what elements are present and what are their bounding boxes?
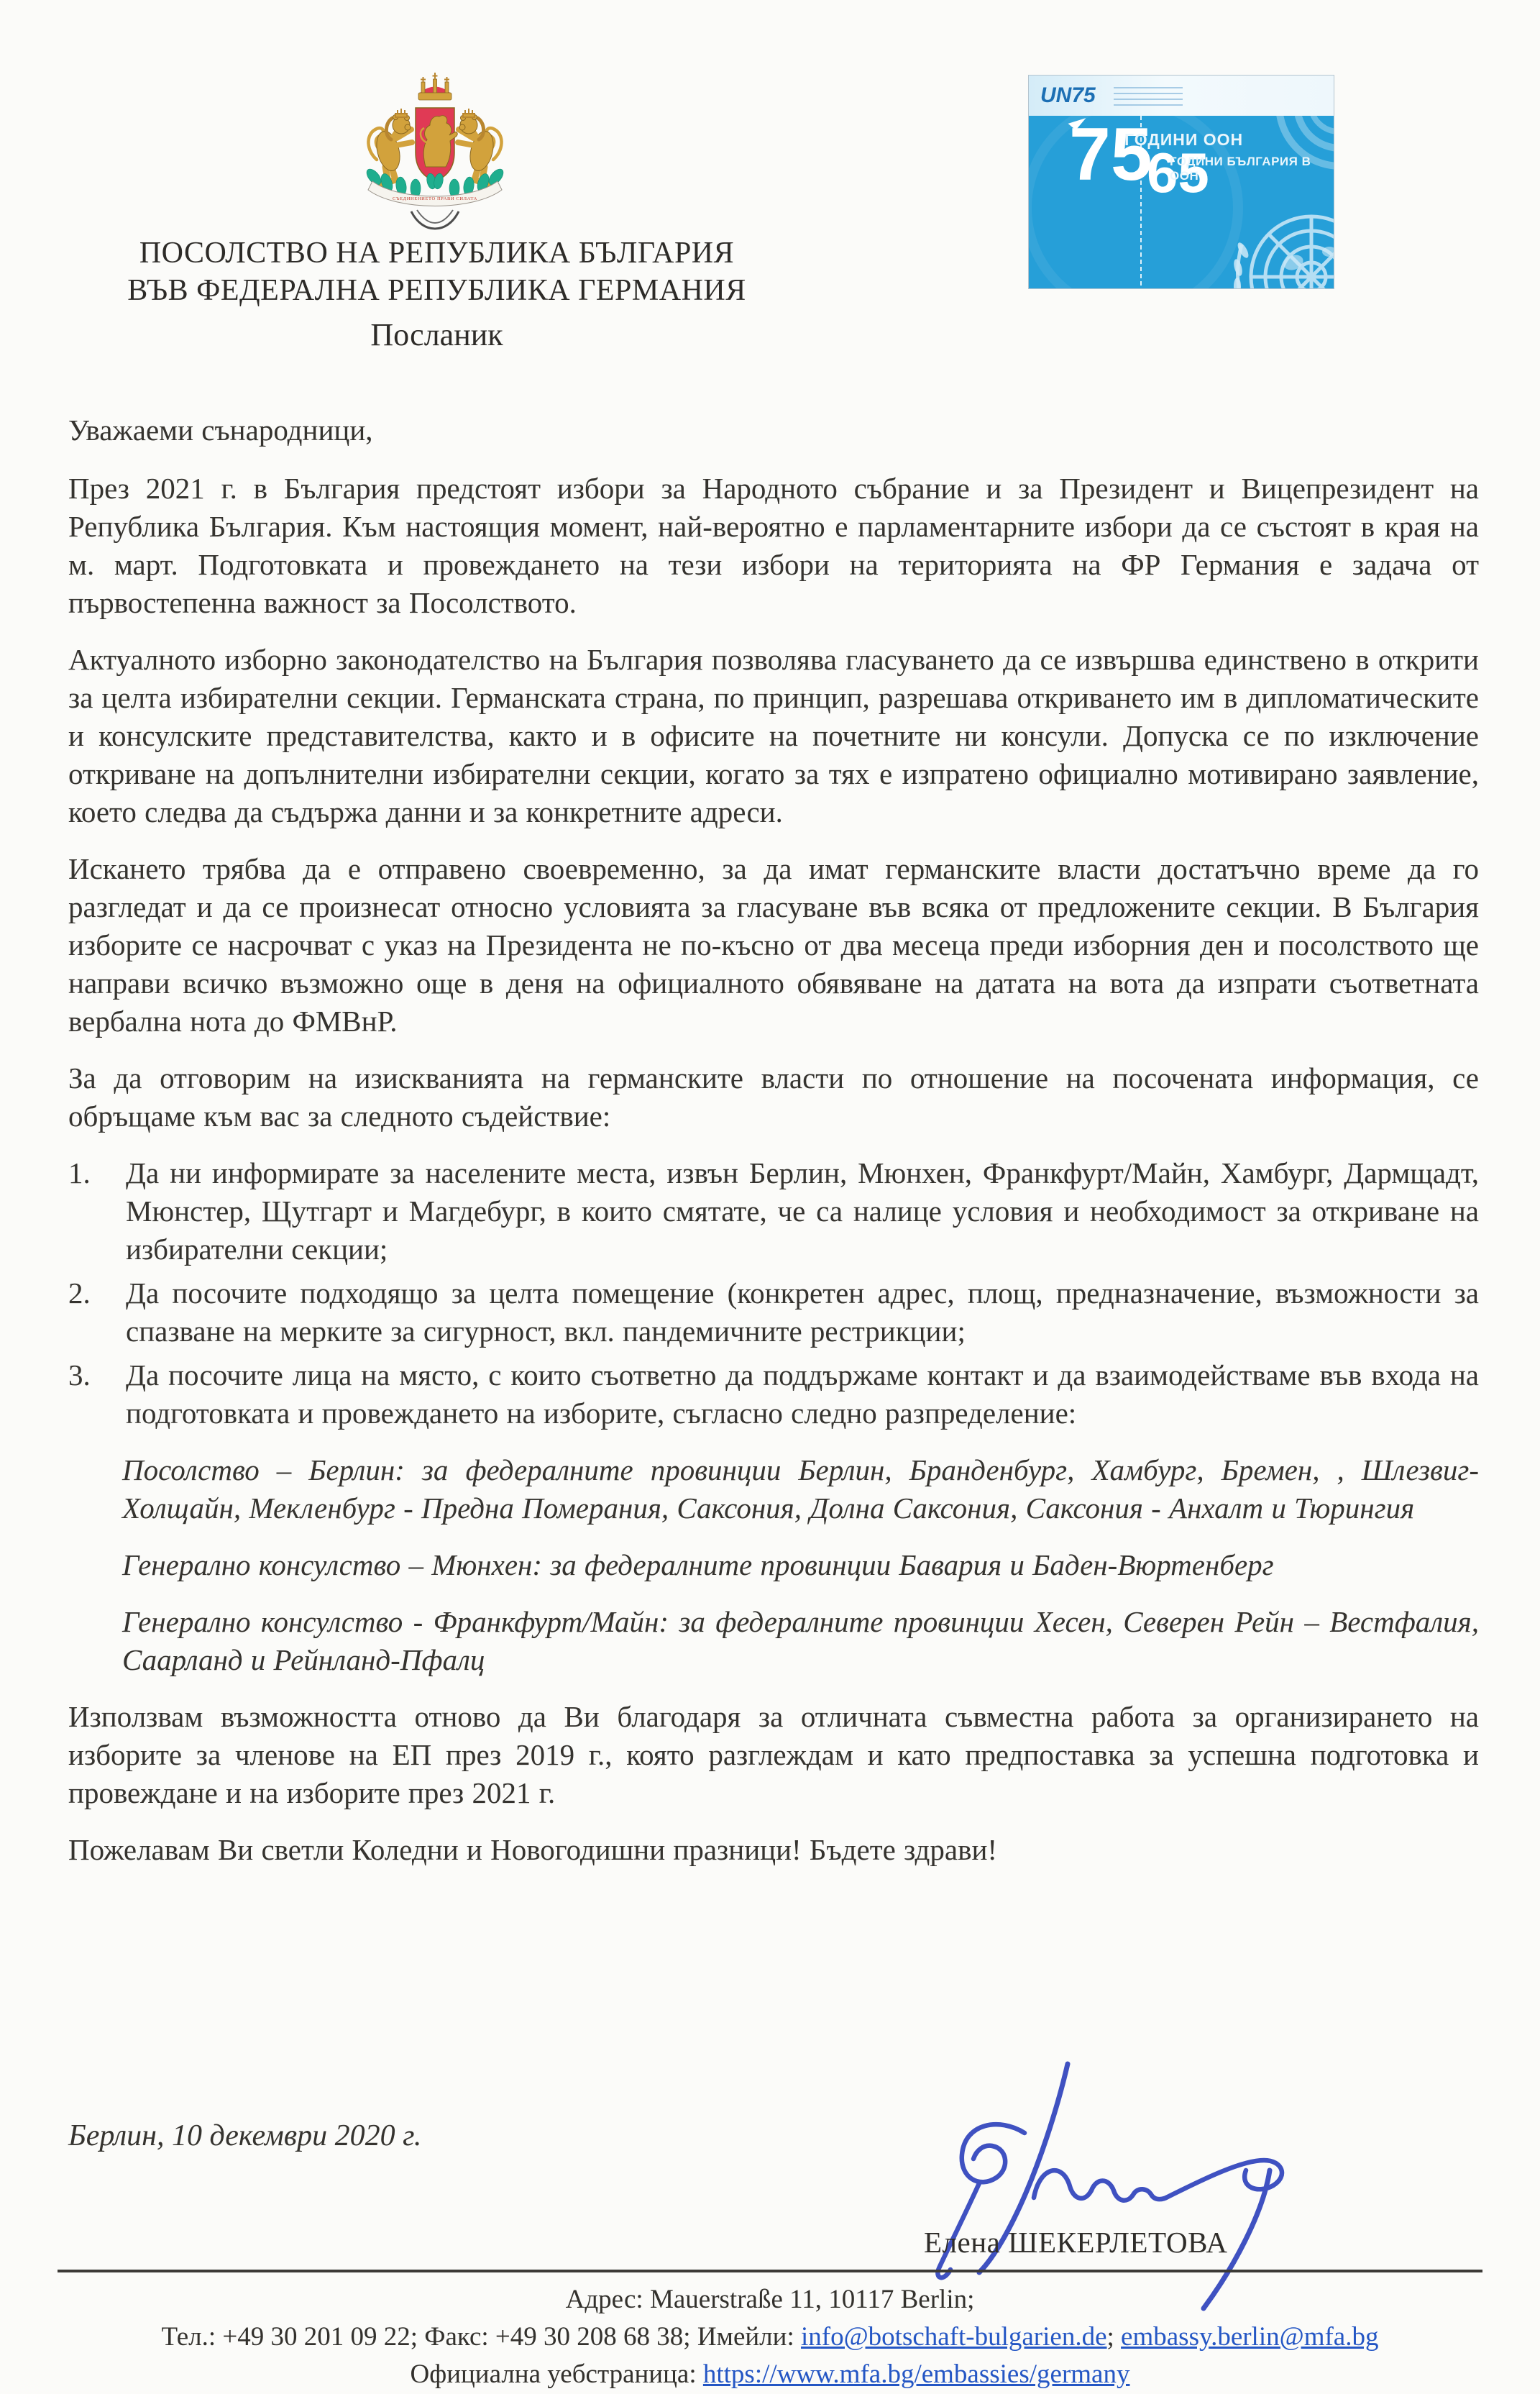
list-item-number: 2. [68,1274,126,1351]
list-item-number: 3. [68,1356,126,1433]
un-emblem-icon [1229,194,1334,289]
paragraph: Актуалното изборно законодателство на Бъ… [68,641,1479,831]
un75-brand-logo: UN75 [1040,83,1096,108]
letter-page: СЪЕДИНЕНИЕТО ПРАВИ СИЛАТА ПОСОЛСТВО НА Р… [0,0,1540,2394]
list-item: 2. Да посочите подходящо за целта помеще… [68,1274,1479,1351]
coat-of-arms-motto: СЪЕДИНЕНИЕТО ПРАВИ СИЛАТА [393,196,477,201]
assignment-embassy-berlin: Посолство – Берлин: за федералните прови… [122,1451,1479,1527]
paragraph: През 2021 г. в България предстоят избори… [68,470,1479,622]
email-link-primary[interactable]: info@botschaft-bulgarien.de [801,2322,1107,2352]
footer-website-line: Официална уебстраница: https://www.mfa.b… [0,2356,1540,2393]
anniversary-caption-bulgaria: ГОДИНИ БЪЛГАРИЯ В ООН [1170,155,1334,183]
email-link-secondary[interactable]: embassy.berlin@mfa.bg [1121,2322,1378,2352]
website-link[interactable]: https://www.mfa.bg/embassies/germany [703,2359,1130,2389]
stamp-divider [1140,116,1142,288]
list-item: 1. Да ни информирате за населените места… [68,1154,1479,1269]
closing-paragraph: Използвам възможността отново да Ви благ… [68,1698,1479,1812]
sender-role-title: Посланик [93,316,780,354]
salutation: Уважаеми сънародници, [68,411,1479,449]
letter-body: Уважаеми сънародници, През 2021 г. в Бъл… [68,411,1479,1888]
footer-address-line: Адрес: Mauerstraße 11, 10117 Berlin; [0,2281,1540,2318]
dateline: Берлин, 10 декември 2020 г. [68,2119,421,2153]
paragraph: За да отговорим на изискванията на герма… [68,1059,1479,1136]
footer-website-label: Официална уебстраница: [411,2359,703,2389]
list-item-number: 1. [68,1154,126,1269]
assignment-consulate-munich: Генерално консулство – Мюнхен: за федера… [122,1546,1479,1584]
un75-brand-tagline-lines [1114,87,1183,107]
paragraph: Искането трябва да е отправено своевреме… [68,850,1479,1041]
footer: Адрес: Mauerstraße 11, 10117 Berlin; Тел… [0,2270,1540,2393]
un75-stamp: UN75 75 ГОДИНИ ООН 65 ГОДИНИ БЪЛГАРИЯ В … [1028,75,1334,289]
footer-contacts-prefix: Тел.: +49 30 201 09 22; Факс: +49 30 208… [162,2322,801,2352]
closing-paragraph: Пожелавам Ви светли Коледни и Новогодишн… [68,1831,1479,1869]
letterhead-text: ПОСОЛСТВО НА РЕПУБЛИКА БЪЛГАРИЯ ВЪВ ФЕДЕ… [93,234,780,354]
bulgaria-coat-of-arms-icon: СЪЕДИНЕНИЕТО ПРАВИ СИЛАТА [345,68,525,232]
list-item: 3. Да посочите лица на място, с които съ… [68,1356,1479,1433]
list-item-text: Да посочите подходящо за целта помещение… [126,1274,1479,1351]
footer-divider [58,2270,1482,2272]
footer-contacts-line: Тел.: +49 30 201 09 22; Факс: +49 30 208… [0,2318,1540,2356]
footer-contacts-separator: ; [1107,2322,1122,2352]
org-name-line2: ВЪВ ФЕДЕРАЛНА РЕПУБЛИКА ГЕРМАНИЯ [93,272,780,309]
list-item-text: Да посочите лица на място, с които съотв… [126,1356,1479,1433]
list-item-text: Да ни информирате за населените места, и… [126,1154,1479,1269]
stamp-top-band: UN75 [1029,76,1334,116]
org-name-line1: ПОСОЛСТВО НА РЕПУБЛИКА БЪЛГАРИЯ [93,234,780,272]
numbered-list: 1. Да ни информирате за населените места… [68,1154,1479,1433]
signer-name: Елена ШЕКЕРЛЕТОВА [924,2225,1283,2260]
assignment-consulate-frankfurt: Генерално консулство - Франкфурт/Майн: з… [122,1603,1479,1679]
